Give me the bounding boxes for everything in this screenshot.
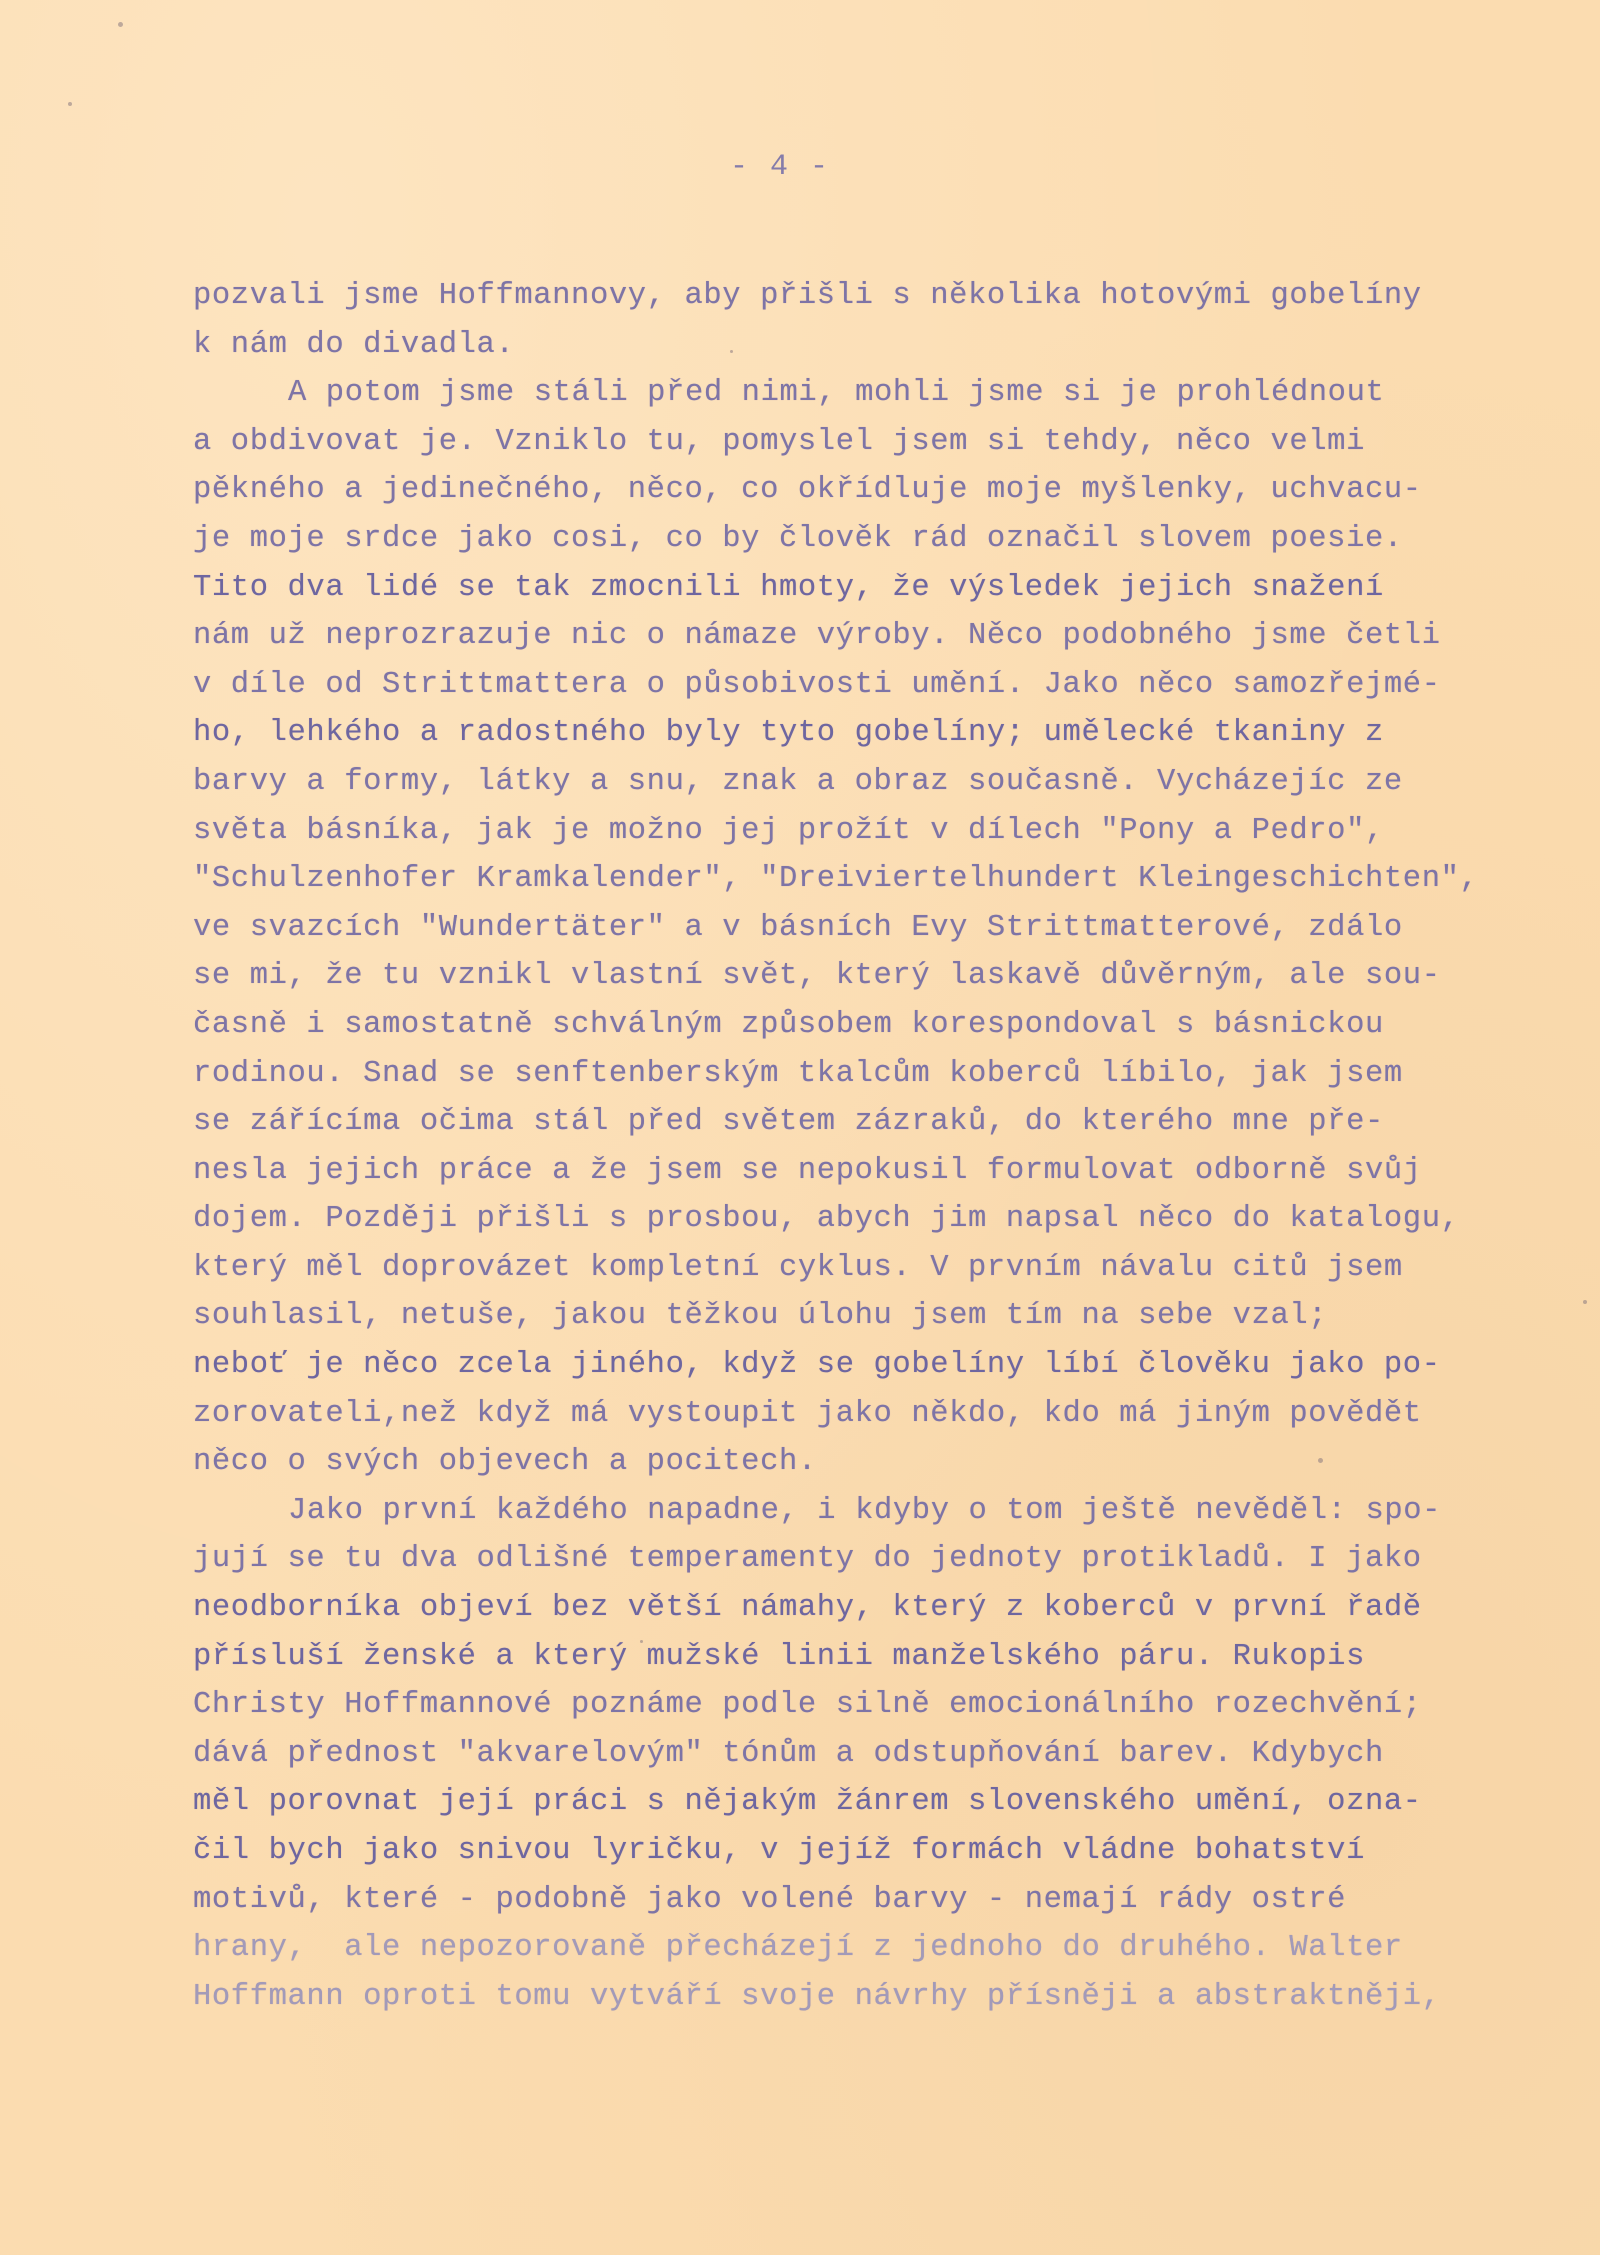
text-line: rodinou. Snad se senftenberským tkalcům … xyxy=(193,1050,1553,1099)
text-line: neodborníka objeví bez větší námahy, kte… xyxy=(193,1584,1553,1633)
paper-speck xyxy=(1583,1300,1587,1304)
text-line: přísluší ženské a který mužské linii man… xyxy=(193,1633,1553,1682)
paper-speck xyxy=(68,102,72,106)
typewritten-page: - 4 - pozvali jsme Hoffmannovy, aby přiš… xyxy=(0,0,1600,2255)
text-line: hrany, ale nepozorovaně přecházejí z jed… xyxy=(193,1924,1553,1973)
text-line: něco o svých objevech a pocitech. xyxy=(193,1438,1553,1487)
text-line: motivů, které - podobně jako volené barv… xyxy=(193,1876,1553,1925)
text-line: a obdivovat je. Vzniklo tu, pomyslel jse… xyxy=(193,418,1553,467)
text-line: ve svazcích "Wundertäter" a v básních Ev… xyxy=(193,904,1553,953)
paper-speck xyxy=(640,1640,643,1643)
paragraph-start-line: Jako první každého napadne, i kdyby o to… xyxy=(193,1487,1553,1536)
text-line: ho, lehkého a radostného byly tyto gobel… xyxy=(193,709,1553,758)
paragraph-start-line: A potom jsme stáli před nimi, mohli jsme… xyxy=(193,369,1553,418)
text-line: k nám do divadla. xyxy=(193,321,1553,370)
text-line: barvy a formy, látky a snu, znak a obraz… xyxy=(193,758,1553,807)
text-line: souhlasil, netuše, jakou těžkou úlohu js… xyxy=(193,1292,1553,1341)
text-line: časně i samostatně schválným způsobem ko… xyxy=(193,1001,1553,1050)
text-line: v díle od Strittmattera o působivosti um… xyxy=(193,661,1553,710)
text-line: neboť je něco zcela jiného, když se gobe… xyxy=(193,1341,1553,1390)
text-line: se mi, že tu vznikl vlastní svět, který … xyxy=(193,952,1553,1001)
text-line: "Schulzenhofer Kramkalender", "Dreiviert… xyxy=(193,855,1553,904)
text-line: je moje srdce jako cosi, co by člověk rá… xyxy=(193,515,1553,564)
text-line: Hoffmann oproti tomu vytváří svoje návrh… xyxy=(193,1973,1553,2022)
body-text: pozvali jsme Hoffmannovy, aby přišli s n… xyxy=(193,272,1553,2021)
text-line: dává přednost "akvarelovým" tónům a odst… xyxy=(193,1730,1553,1779)
text-line: Tito dva lidé se tak zmocnili hmoty, že … xyxy=(193,564,1553,613)
paper-speck xyxy=(118,22,123,27)
text-line: pozvali jsme Hoffmannovy, aby přišli s n… xyxy=(193,272,1553,321)
text-line: dojem. Později přišli s prosbou, abych j… xyxy=(193,1195,1553,1244)
text-line: se zářícíma očima stál před světem zázra… xyxy=(193,1098,1553,1147)
text-line: nesla jejich práce a že jsem se nepokusi… xyxy=(193,1147,1553,1196)
text-line: světa básníka, jak je možno jej prožít v… xyxy=(193,807,1553,856)
text-line: jují se tu dva odlišné temperamenty do j… xyxy=(193,1535,1553,1584)
paper-speck xyxy=(730,350,733,353)
text-line: Christy Hoffmannové poznáme podle silně … xyxy=(193,1681,1553,1730)
paper-speck xyxy=(1318,1458,1323,1463)
text-line: pěkného a jedinečného, něco, co okřídluj… xyxy=(193,466,1553,515)
text-line: který měl doprovázet kompletní cyklus. V… xyxy=(193,1244,1553,1293)
page-number: - 4 - xyxy=(730,150,830,184)
text-line: čil bych jako snivou lyričku, v jejíž fo… xyxy=(193,1827,1553,1876)
text-line: nám už neprozrazuje nic o námaze výroby.… xyxy=(193,612,1553,661)
text-line: zorovateli,než když má vystoupit jako ně… xyxy=(193,1390,1553,1439)
text-line: měl porovnat její práci s nějakým žánrem… xyxy=(193,1778,1553,1827)
